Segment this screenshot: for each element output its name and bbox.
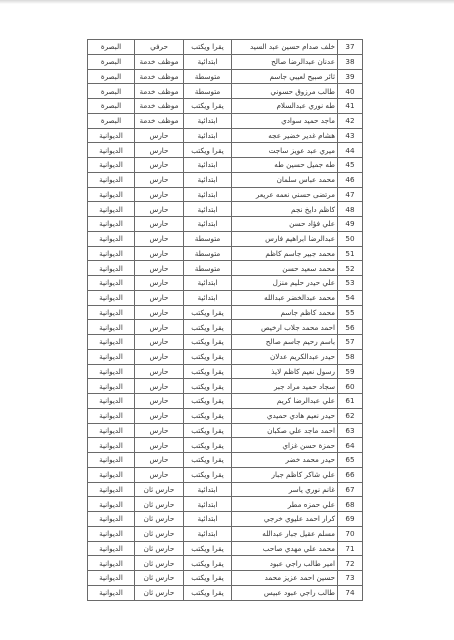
table-row: 50عبدالرضا ابراهيم فارسمتوسطةحارسالديوان…	[88, 231, 363, 246]
full-name-cell: طه نوري عبدالسلام	[232, 99, 338, 114]
governorate-cell: الديوانية	[88, 320, 135, 335]
full-name-cell: خلف صدام حسين عبد السيد	[232, 40, 338, 55]
governorate-cell: الديوانية	[88, 202, 135, 217]
full-name-cell: علي عبدالرضا كريم	[232, 394, 338, 409]
table-row: 44ميري عبد عويز ساجتيقرا ويكتبحارسالديوا…	[88, 143, 363, 158]
education-cell: يقرا ويكتب	[184, 335, 232, 350]
row-number: 57	[338, 335, 363, 350]
table-row: 53علي حيدر حليم منزلابتدائيةحارسالديواني…	[88, 276, 363, 291]
education-cell: ابتدائية	[184, 482, 232, 497]
table-row: 74طالب راجي عبود عبيسيقرا ويكتبحارس ثانا…	[88, 585, 363, 600]
row-number: 71	[338, 541, 363, 556]
table-row: 70مسلم عقيل جبار عبداللهابتدائيةحارس ثان…	[88, 526, 363, 541]
table-row: 66علي شاكر كاظم جباريقرا ويكتبحارسالديوا…	[88, 467, 363, 482]
job-title-cell: حارس	[135, 305, 184, 320]
table-row: 56احمد محمد جلاب ارخيصيقرا ويكتبحارسالدي…	[88, 320, 363, 335]
job-title-cell: حارس ثان	[135, 497, 184, 512]
row-number: 50	[338, 231, 363, 246]
table-row: 47مرتضى حسني نعمه عريعرابتدائيةحارسالديو…	[88, 187, 363, 202]
row-number: 46	[338, 172, 363, 187]
full-name-cell: حيدر نعيم هادي حميدي	[232, 408, 338, 423]
full-name-cell: عبدالرضا ابراهيم فارس	[232, 231, 338, 246]
table-row: 40طالب مرزوق حسونيمتوسطةموظف خدمةالبصرة	[88, 84, 363, 99]
education-cell: متوسطة	[184, 261, 232, 276]
governorate-cell: الديوانية	[88, 128, 135, 143]
job-title-cell: حارس ثان	[135, 556, 184, 571]
governorate-cell: الديوانية	[88, 158, 135, 173]
governorate-cell: البصرة	[88, 54, 135, 69]
full-name-cell: محمد جبير جاسم كاظم	[232, 246, 338, 261]
job-title-cell: حارس	[135, 143, 184, 158]
row-number: 65	[338, 453, 363, 468]
governorate-cell: الديوانية	[88, 512, 135, 527]
table-row: 61علي عبدالرضا كريميقرا ويكتبحارسالديوان…	[88, 394, 363, 409]
row-number: 45	[338, 158, 363, 173]
row-number: 55	[338, 305, 363, 320]
table-row: 73حسين احمد عزيز محمديقرا ويكتبحارس ثانا…	[88, 571, 363, 586]
education-cell: ابتدائية	[184, 202, 232, 217]
governorate-cell: الديوانية	[88, 217, 135, 232]
table-row: 46محمد عباس سلمانابتدائيةحارسالديوانية	[88, 172, 363, 187]
education-cell: متوسطة	[184, 69, 232, 84]
job-title-cell: حارس	[135, 467, 184, 482]
table-row: 43هشام غدير خضير عجهابتدائيةحارسالديواني…	[88, 128, 363, 143]
education-cell: يقرا ويكتب	[184, 364, 232, 379]
job-title-cell: حارس	[135, 438, 184, 453]
governorate-cell: الديوانية	[88, 290, 135, 305]
row-number: 38	[338, 54, 363, 69]
governorate-cell: الديوانية	[88, 585, 135, 600]
governorate-cell: الديوانية	[88, 556, 135, 571]
row-number: 72	[338, 556, 363, 571]
row-number: 66	[338, 467, 363, 482]
row-number: 53	[338, 276, 363, 291]
full-name-cell: باسم رحيم جاسم صالح	[232, 335, 338, 350]
governorate-cell: الديوانية	[88, 349, 135, 364]
table-row: 58حيدر عبدالكريم عدلانيقرا ويكتبحارسالدي…	[88, 349, 363, 364]
table-row: 72امير طالب راجي عبوديقرا ويكتبحارس ثانا…	[88, 556, 363, 571]
table-row: 60سجاد حميد مراد جبريقرا ويكتبحارسالديوا…	[88, 379, 363, 394]
governorate-cell: الديوانية	[88, 571, 135, 586]
education-cell: ابتدائية	[184, 54, 232, 69]
governorate-cell: الديوانية	[88, 335, 135, 350]
education-cell: يقرا ويكتب	[184, 320, 232, 335]
governorate-cell: الديوانية	[88, 408, 135, 423]
governorate-cell: الديوانية	[88, 143, 135, 158]
row-number: 52	[338, 261, 363, 276]
job-title-cell: حارس	[135, 202, 184, 217]
job-title-cell: حارس	[135, 408, 184, 423]
full-name-cell: علي فؤاد حسن	[232, 217, 338, 232]
governorate-cell: الديوانية	[88, 482, 135, 497]
job-title-cell: حارس	[135, 128, 184, 143]
full-name-cell: حيدر محمد خضر	[232, 453, 338, 468]
row-number: 61	[338, 394, 363, 409]
education-cell: ابتدائية	[184, 497, 232, 512]
governorate-cell: الديوانية	[88, 453, 135, 468]
education-cell: يقرا ويكتب	[184, 394, 232, 409]
full-name-cell: محمد علي مهدي صاحب	[232, 541, 338, 556]
governorate-cell: البصرة	[88, 99, 135, 114]
governorate-cell: الديوانية	[88, 276, 135, 291]
table-row: 48كاظم دايخ نجمابتدائيةحارسالديوانية	[88, 202, 363, 217]
full-name-cell: كاظم دايخ نجم	[232, 202, 338, 217]
education-cell: ابتدائية	[184, 113, 232, 128]
table-row: 64حمزة حسن غزاييقرا ويكتبحارسالديوانية	[88, 438, 363, 453]
governorate-cell: الديوانية	[88, 246, 135, 261]
full-name-cell: ميري عبد عويز ساجت	[232, 143, 338, 158]
education-cell: يقرا ويكتب	[184, 305, 232, 320]
row-number: 64	[338, 438, 363, 453]
job-title-cell: حارس	[135, 394, 184, 409]
table-row: 63احمد ماجد علي صكبانيقرا ويكتبحارسالديو…	[88, 423, 363, 438]
job-title-cell: حارس	[135, 187, 184, 202]
job-title-cell: موظف خدمة	[135, 84, 184, 99]
row-number: 49	[338, 217, 363, 232]
row-number: 63	[338, 423, 363, 438]
row-number: 42	[338, 113, 363, 128]
education-cell: يقرا ويكتب	[184, 423, 232, 438]
job-title-cell: حارس	[135, 335, 184, 350]
education-cell: يقرا ويكتب	[184, 571, 232, 586]
full-name-cell: احمد ماجد علي صكبان	[232, 423, 338, 438]
full-name-cell: علي حيدر حليم منزل	[232, 276, 338, 291]
personnel-table: 37خلف صدام حسين عبد السيديقرا ويكتبحرفيا…	[87, 39, 363, 601]
education-cell: يقرا ويكتب	[184, 379, 232, 394]
row-number: 70	[338, 526, 363, 541]
job-title-cell: حارس	[135, 453, 184, 468]
governorate-cell: الديوانية	[88, 172, 135, 187]
table-row: 41طه نوري عبدالسلاميقرا ويكتبموظف خدمةال…	[88, 99, 363, 114]
job-title-cell: حارس	[135, 172, 184, 187]
row-number: 62	[338, 408, 363, 423]
education-cell: يقرا ويكتب	[184, 349, 232, 364]
education-cell: ابتدائية	[184, 158, 232, 173]
governorate-cell: الديوانية	[88, 261, 135, 276]
table-row: 49علي فؤاد حسنابتدائيةحارسالديوانية	[88, 217, 363, 232]
row-number: 68	[338, 497, 363, 512]
job-title-cell: حارس	[135, 276, 184, 291]
education-cell: يقرا ويكتب	[184, 541, 232, 556]
job-title-cell: حارس	[135, 320, 184, 335]
job-title-cell: حارس ثان	[135, 526, 184, 541]
education-cell: يقرا ويكتب	[184, 585, 232, 600]
full-name-cell: مرتضى حسني نعمه عريعر	[232, 187, 338, 202]
full-name-cell: امير طالب راجي عبود	[232, 556, 338, 571]
governorate-cell: البصرة	[88, 84, 135, 99]
education-cell: متوسطة	[184, 84, 232, 99]
table-row: 51محمد جبير جاسم كاظممتوسطةحارسالديوانية	[88, 246, 363, 261]
row-number: 44	[338, 143, 363, 158]
full-name-cell: حسين احمد عزيز محمد	[232, 571, 338, 586]
table-row: 54محمد عبدالخضر عبداللهابتدائيةحارسالديو…	[88, 290, 363, 305]
full-name-cell: كرار احمد عليوي خرجي	[232, 512, 338, 527]
row-number: 48	[338, 202, 363, 217]
education-cell: ابتدائية	[184, 187, 232, 202]
education-cell: ابتدائية	[184, 290, 232, 305]
job-title-cell: حارس	[135, 349, 184, 364]
governorate-cell: الديوانية	[88, 541, 135, 556]
row-number: 47	[338, 187, 363, 202]
full-name-cell: حمزة حسن غزاي	[232, 438, 338, 453]
governorate-cell: الديوانية	[88, 394, 135, 409]
education-cell: يقرا ويكتب	[184, 408, 232, 423]
row-number: 41	[338, 99, 363, 114]
full-name-cell: سجاد حميد مراد جبر	[232, 379, 338, 394]
full-name-cell: محمد عباس سلمان	[232, 172, 338, 187]
full-name-cell: مسلم عقيل جبار عبدالله	[232, 526, 338, 541]
row-number: 39	[338, 69, 363, 84]
job-title-cell: موظف خدمة	[135, 54, 184, 69]
full-name-cell: طه جميل حسين طه	[232, 158, 338, 173]
job-title-cell: حارس	[135, 158, 184, 173]
governorate-cell: الديوانية	[88, 379, 135, 394]
full-name-cell: علي حمزه مطر	[232, 497, 338, 512]
job-title-cell: حارس	[135, 231, 184, 246]
full-name-cell: غانم نوري ياسر	[232, 482, 338, 497]
job-title-cell: حارس	[135, 423, 184, 438]
job-title-cell: حارس	[135, 379, 184, 394]
table-row: 57باسم رحيم جاسم صالحيقرا ويكتبحارسالديو…	[88, 335, 363, 350]
education-cell: ابتدائية	[184, 276, 232, 291]
row-number: 67	[338, 482, 363, 497]
full-name-cell: علي شاكر كاظم جبار	[232, 467, 338, 482]
education-cell: متوسطة	[184, 231, 232, 246]
governorate-cell: الديوانية	[88, 187, 135, 202]
full-name-cell: ماجد حميد سوادي	[232, 113, 338, 128]
job-title-cell: حارس	[135, 290, 184, 305]
job-title-cell: حارس	[135, 364, 184, 379]
table-body: 37خلف صدام حسين عبد السيديقرا ويكتبحرفيا…	[88, 40, 363, 601]
education-cell: يقرا ويكتب	[184, 556, 232, 571]
job-title-cell: حارس	[135, 261, 184, 276]
row-number: 40	[338, 84, 363, 99]
full-name-cell: محمد سعيد حسن	[232, 261, 338, 276]
row-number: 69	[338, 512, 363, 527]
full-name-cell: محمد كاظم جاسم	[232, 305, 338, 320]
row-number: 43	[338, 128, 363, 143]
table-row: 42ماجد حميد سواديابتدائيةموظف خدمةالبصرة	[88, 113, 363, 128]
education-cell: يقرا ويكتب	[184, 99, 232, 114]
full-name-cell: هشام غدير خضير عجه	[232, 128, 338, 143]
governorate-cell: البصرة	[88, 69, 135, 84]
education-cell: متوسطة	[184, 246, 232, 261]
table-row: 55محمد كاظم جاسميقرا ويكتبحارسالديوانية	[88, 305, 363, 320]
job-title-cell: موظف خدمة	[135, 69, 184, 84]
table-row: 38عدنان عبدالرضا صالحابتدائيةموظف خدمةال…	[88, 54, 363, 69]
row-number: 59	[338, 364, 363, 379]
education-cell: يقرا ويكتب	[184, 40, 232, 55]
table-row: 71محمد علي مهدي صاحبيقرا ويكتبحارس ثانال…	[88, 541, 363, 556]
job-title-cell: حارس	[135, 217, 184, 232]
job-title-cell: حرفي	[135, 40, 184, 55]
education-cell: يقرا ويكتب	[184, 438, 232, 453]
governorate-cell: الديوانية	[88, 467, 135, 482]
scan-top-edge	[0, 0, 454, 4]
table-row: 67غانم نوري ياسرابتدائيةحارس ثانالديواني…	[88, 482, 363, 497]
full-name-cell: احمد محمد جلاب ارخيص	[232, 320, 338, 335]
education-cell: ابتدائية	[184, 526, 232, 541]
governorate-cell: البصرة	[88, 40, 135, 55]
job-title-cell: حارس	[135, 246, 184, 261]
full-name-cell: رسول نعيم كاظم لايذ	[232, 364, 338, 379]
education-cell: ابتدائية	[184, 128, 232, 143]
table-row: 68علي حمزه مطرابتدائيةحارس ثانالديوانية	[88, 497, 363, 512]
job-title-cell: حارس ثان	[135, 541, 184, 556]
table-row: 37خلف صدام حسين عبد السيديقرا ويكتبحرفيا…	[88, 40, 363, 55]
job-title-cell: حارس ثان	[135, 585, 184, 600]
row-number: 51	[338, 246, 363, 261]
job-title-cell: موظف خدمة	[135, 113, 184, 128]
table-row: 39ثائر صبيح لعيبي جاسممتوسطةموظف خدمةالب…	[88, 69, 363, 84]
education-cell: ابتدائية	[184, 172, 232, 187]
governorate-cell: الديوانية	[88, 364, 135, 379]
governorate-cell: الديوانية	[88, 497, 135, 512]
row-number: 73	[338, 571, 363, 586]
education-cell: يقرا ويكتب	[184, 453, 232, 468]
table-row: 52محمد سعيد حسنمتوسطةحارسالديوانية	[88, 261, 363, 276]
governorate-cell: البصرة	[88, 113, 135, 128]
row-number: 56	[338, 320, 363, 335]
row-number: 60	[338, 379, 363, 394]
full-name-cell: محمد عبدالخضر عبدالله	[232, 290, 338, 305]
table-row: 62حيدر نعيم هادي حميدييقرا ويكتبحارسالدي…	[88, 408, 363, 423]
education-cell: يقرا ويكتب	[184, 143, 232, 158]
table-row: 45طه جميل حسين طهابتدائيةحارسالديوانية	[88, 158, 363, 173]
table-row: 59رسول نعيم كاظم لايذيقرا ويكتبحارسالديو…	[88, 364, 363, 379]
job-title-cell: حارس ثان	[135, 512, 184, 527]
job-title-cell: حارس ثان	[135, 482, 184, 497]
governorate-cell: الديوانية	[88, 526, 135, 541]
row-number: 74	[338, 585, 363, 600]
full-name-cell: حيدر عبدالكريم عدلان	[232, 349, 338, 364]
table-row: 65حيدر محمد خضريقرا ويكتبحارسالديوانية	[88, 453, 363, 468]
table-row: 69كرار احمد عليوي خرجيابتدائيةحارس ثانال…	[88, 512, 363, 527]
full-name-cell: طالب مرزوق حسوني	[232, 84, 338, 99]
education-cell: ابتدائية	[184, 217, 232, 232]
education-cell: يقرا ويكتب	[184, 467, 232, 482]
full-name-cell: عدنان عبدالرضا صالح	[232, 54, 338, 69]
full-name-cell: ثائر صبيح لعيبي جاسم	[232, 69, 338, 84]
education-cell: ابتدائية	[184, 512, 232, 527]
job-title-cell: حارس ثان	[135, 571, 184, 586]
governorate-cell: الديوانية	[88, 438, 135, 453]
governorate-cell: الديوانية	[88, 231, 135, 246]
governorate-cell: الديوانية	[88, 305, 135, 320]
row-number: 37	[338, 40, 363, 55]
row-number: 58	[338, 349, 363, 364]
row-number: 54	[338, 290, 363, 305]
full-name-cell: طالب راجي عبود عبيس	[232, 585, 338, 600]
governorate-cell: الديوانية	[88, 423, 135, 438]
job-title-cell: موظف خدمة	[135, 99, 184, 114]
